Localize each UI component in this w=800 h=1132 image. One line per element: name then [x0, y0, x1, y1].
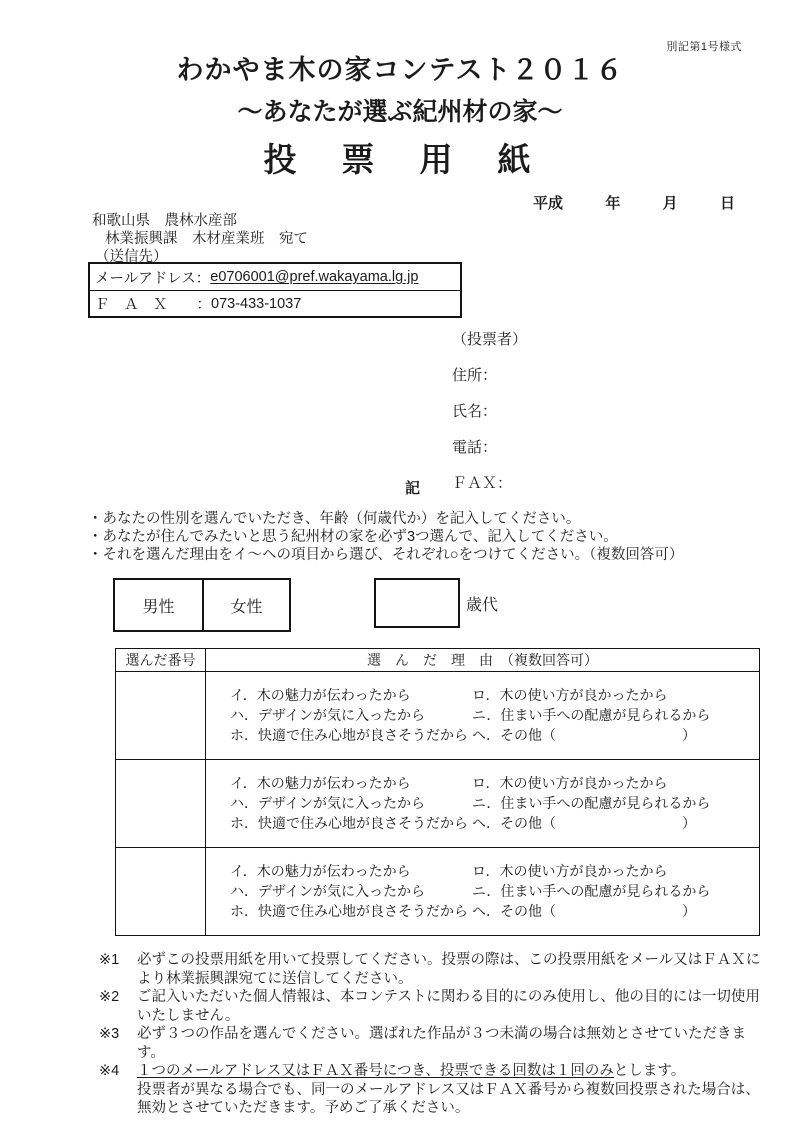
reason-option[interactable]: ヘ．その他（ ）: [472, 813, 759, 833]
date-year: 年: [605, 192, 620, 213]
date-day: 日: [720, 192, 735, 213]
chosen-reason-header: 選 ん だ 理 由 （複数回答可）: [206, 649, 760, 672]
fax-label: Ｆ Ａ Ｘ ：: [95, 293, 211, 314]
female-cell[interactable]: 女性: [202, 580, 289, 630]
ki-marker: 記: [405, 477, 420, 498]
voter-block: （投票者） 住所： 氏名： 電話： ＦＡＸ：: [452, 328, 527, 493]
reason-option[interactable]: ヘ．その他（ ）: [472, 725, 759, 745]
reason-option[interactable]: ニ．住まい手への配慮が見られるから: [472, 881, 759, 901]
age-unit-label: 歳代: [466, 592, 498, 615]
recipient-line-2: 林業振興課 木材産業班 宛て: [92, 230, 308, 248]
reason-option[interactable]: イ．木の魅力が伝わったから: [230, 773, 472, 793]
reason-options-cell: イ．木の魅力が伝わったから ハ．デザインが気に入ったから ホ．快適で住み心地が良…: [206, 848, 760, 936]
instructions-list: ・あなたの性別を選んでいただき、年齢（何歳代か）を記入してください。 ・あなたが…: [88, 510, 683, 564]
footnote-2: ※2 ご記入いただいた個人情報は、本コンテストに関わる目的にのみ使用し、他の目的…: [99, 988, 771, 1025]
instruction-item: ・あなたの性別を選んでいただき、年齢（何歳代か）を記入してください。: [88, 510, 683, 528]
email-address: e0706001@pref.wakayama.lg.jp: [210, 269, 418, 285]
fax-row: Ｆ Ａ Ｘ ：073-433-1037: [90, 290, 460, 316]
voter-fax-field[interactable]: ＦＡＸ：: [452, 474, 527, 493]
reason-option[interactable]: ロ．木の使い方が良かったから: [472, 685, 759, 705]
phone-field[interactable]: 電話：: [452, 438, 527, 457]
reason-option[interactable]: イ．木の魅力が伝わったから: [230, 685, 472, 705]
footnote-label: ※1: [99, 951, 137, 988]
reason-option[interactable]: ロ．木の使い方が良かったから: [472, 773, 759, 793]
reason-options-cell: イ．木の魅力が伝わったから ハ．デザインが気に入ったから ホ．快適で住み心地が良…: [206, 760, 760, 848]
reason-option[interactable]: ニ．住まい手への配慮が見られるから: [472, 705, 759, 725]
footnote-3: ※3 必ず３つの作品を選んでください。選ばれた作品が３つ未満の場合は無効とさせて…: [99, 1025, 771, 1062]
reason-options-cell: イ．木の魅力が伝わったから ハ．デザインが気に入ったから ホ．快適で住み心地が良…: [206, 672, 760, 760]
chosen-number-cell[interactable]: [116, 672, 206, 760]
page-title: 投 票 用 紙: [0, 134, 800, 181]
reasons-table: 選んだ番号 選 ん だ 理 由 （複数回答可） イ．木の魅力が伝わったから ハ．…: [115, 648, 760, 936]
age-input-box[interactable]: [374, 578, 460, 628]
reason-option[interactable]: ニ．住まい手への配慮が見られるから: [472, 793, 759, 813]
chosen-number-header: 選んだ番号: [116, 649, 206, 672]
table-header-row: 選んだ番号 選 ん だ 理 由 （複数回答可）: [116, 649, 760, 672]
email-row: メールアドレス：e0706001@pref.wakayama.lg.jp: [90, 264, 460, 290]
reason-option[interactable]: ヘ．その他（ ）: [472, 901, 759, 921]
male-cell[interactable]: 男性: [115, 580, 202, 630]
reason-option[interactable]: ハ．デザインが気に入ったから: [230, 793, 472, 813]
contest-subtitle: ～あなたが選ぶ紀州材の家～: [0, 92, 800, 128]
footnote-label: ※2: [99, 988, 137, 1025]
reason-option[interactable]: ホ．快適で住み心地が良さそうだから: [230, 813, 472, 833]
footnote-text: １つのメールアドレス又はＦＡＸ番号につき、投票できる回数は１回のみとします。投票…: [137, 1062, 771, 1118]
reason-option[interactable]: ホ．快適で住み心地が良さそうだから: [230, 725, 472, 745]
reason-option[interactable]: イ．木の魅力が伝わったから: [230, 861, 472, 881]
email-label: メールアドレス：: [95, 267, 210, 288]
contest-title: わかやま木の家コンテスト２０１６: [0, 48, 800, 87]
contact-box: メールアドレス：e0706001@pref.wakayama.lg.jp Ｆ Ａ…: [88, 262, 462, 318]
name-field[interactable]: 氏名：: [452, 402, 527, 421]
voting-form-page: { "page": { "form_code": "別記第1号様式", "tit…: [0, 0, 800, 1132]
footnote-label: ※3: [99, 1025, 137, 1062]
footnote-1: ※1 必ずこの投票用紙を用いて投票してください。投票の際は、この投票用紙をメール…: [99, 951, 771, 988]
table-row: イ．木の魅力が伝わったから ハ．デザインが気に入ったから ホ．快適で住み心地が良…: [116, 672, 760, 760]
recipient-line-1: 和歌山県 農林水産部: [92, 212, 308, 230]
fax-number: 073-433-1037: [211, 296, 301, 312]
reason-option[interactable]: ホ．快適で住み心地が良さそうだから: [230, 901, 472, 921]
chosen-number-cell[interactable]: [116, 848, 206, 936]
gender-select-table: 男性 女性: [113, 578, 291, 632]
footnote-text: 必ずこの投票用紙を用いて投票してください。投票の際は、この投票用紙をメール又はＦ…: [137, 951, 771, 988]
address-field[interactable]: 住所：: [452, 366, 527, 385]
reason-option[interactable]: ハ．デザインが気に入ったから: [230, 881, 472, 901]
footnotes-block: ※1 必ずこの投票用紙を用いて投票してください。投票の際は、この投票用紙をメール…: [99, 951, 771, 1118]
footnote-text-rest: とします。: [614, 1063, 685, 1079]
footnote-text: 必ず３つの作品を選んでください。選ばれた作品が３つ未満の場合は無効とさせていただ…: [137, 1025, 771, 1062]
date-era: 平成: [533, 192, 563, 213]
reason-option[interactable]: ロ．木の使い方が良かったから: [472, 861, 759, 881]
footnote-continuation: 投票者が異なる場合でも、同一のメールアドレス又はＦＡＸ番号から複数回投票された場…: [137, 1081, 771, 1118]
footnote-underlined-text: １つのメールアドレス又はＦＡＸ番号につき、投票できる回数は１回のみ: [137, 1063, 614, 1079]
table-row: イ．木の魅力が伝わったから ハ．デザインが気に入ったから ホ．快適で住み心地が良…: [116, 760, 760, 848]
voter-header: （投票者）: [452, 328, 527, 349]
reason-option[interactable]: ハ．デザインが気に入ったから: [230, 705, 472, 725]
instruction-item: ・あなたが住んでみたいと思う紀州材の家を必ず3つ選んで、記入してください。: [88, 528, 683, 546]
instruction-item: ・それを選んだ理由をイ～ヘの項目から選び、それぞれ○をつけてください。（複数回答…: [88, 546, 683, 564]
date-month: 月: [663, 192, 678, 213]
table-row: イ．木の魅力が伝わったから ハ．デザインが気に入ったから ホ．快適で住み心地が良…: [116, 848, 760, 936]
date-line: 平成 年 月 日: [533, 192, 735, 213]
footnote-4: ※4 １つのメールアドレス又はＦＡＸ番号につき、投票できる回数は１回のみとします…: [99, 1062, 771, 1118]
footnote-label: ※4: [99, 1062, 137, 1118]
recipient-block: 和歌山県 農林水産部 林業振興課 木材産業班 宛て （送信先）: [92, 212, 308, 266]
footnote-text: ご記入いただいた個人情報は、本コンテストに関わる目的にのみ使用し、他の目的には一…: [137, 988, 771, 1025]
chosen-number-cell[interactable]: [116, 760, 206, 848]
